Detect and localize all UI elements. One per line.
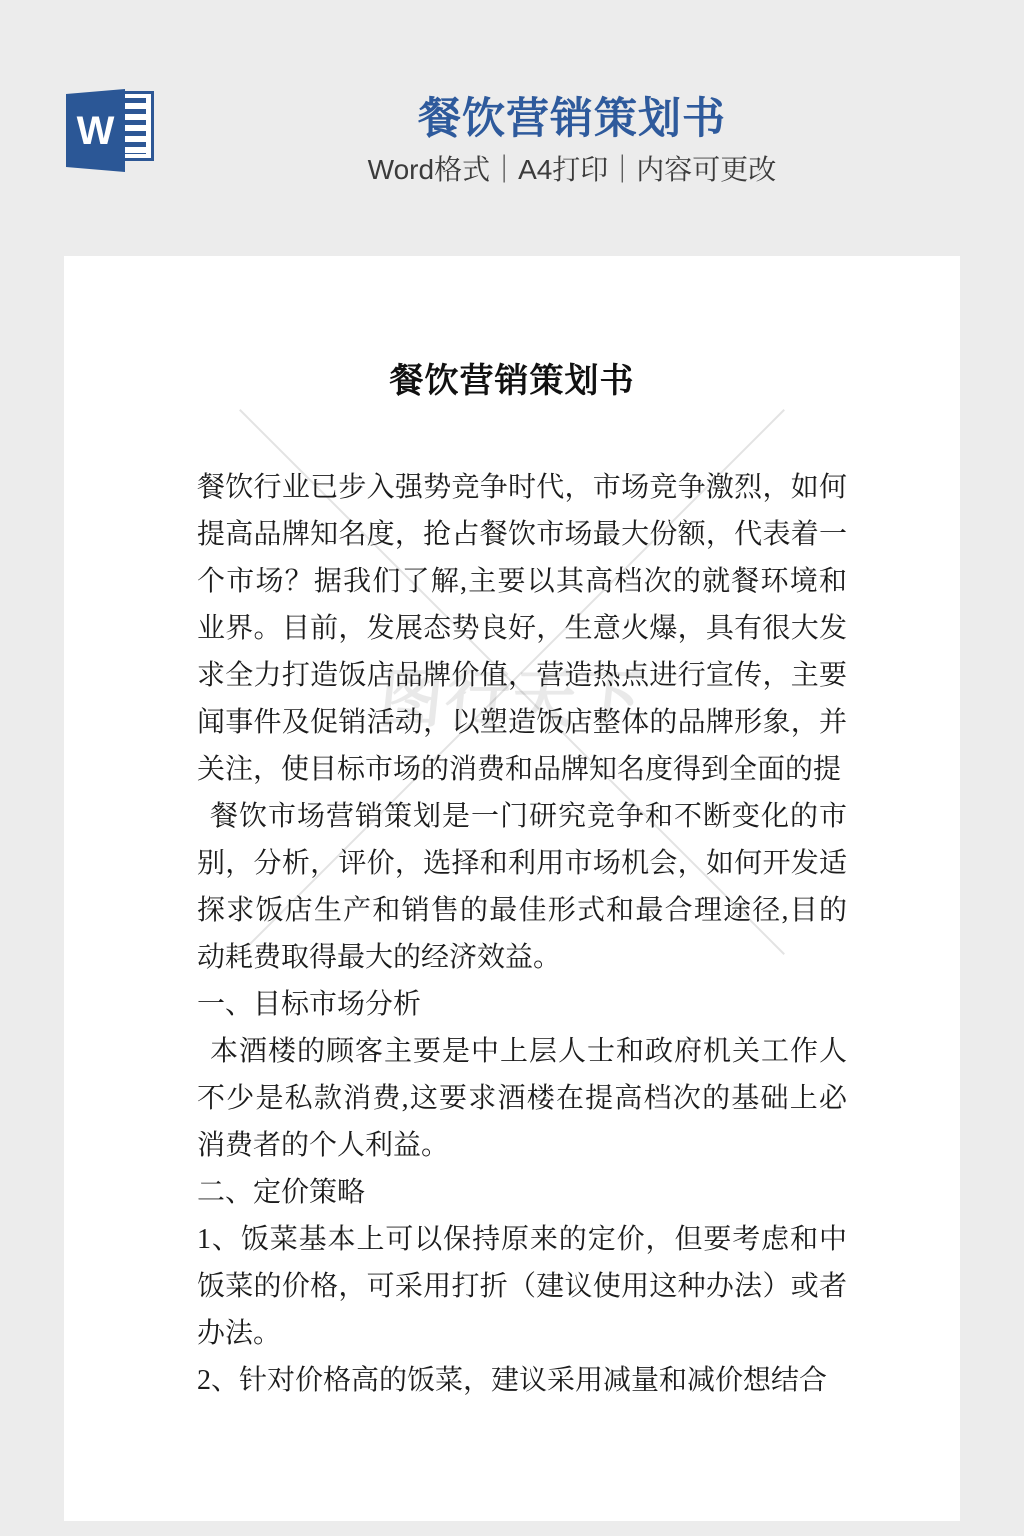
document-line: 一、目标市场分析 <box>197 981 847 1028</box>
document-line: 探求饭店生产和销售的最佳形式和最合理途径,目的就是以最少的劳 <box>197 887 847 934</box>
document-line: 别，分析，评价，选择和利用市场机会，如何开发适销对路的产品， <box>197 840 847 887</box>
document-line: 餐饮行业已步入强势竞争时代，市场竞争激烈，如何打开市场终端， <box>197 464 847 511</box>
document-line: 办法。 <box>197 1310 847 1357</box>
document-line: 二、定价策略 <box>197 1169 847 1216</box>
header-subtitle: Word格式｜A4打印｜内容可更改 <box>172 152 972 188</box>
document-line: 动耗费取得最大的经济效益。 <box>197 934 847 981</box>
document-line: 业界。目前，发展态势良好，生意火爆，具有很大发展潜力。我们力 <box>197 605 847 652</box>
word-icon-panel: W <box>66 89 125 172</box>
word-icon: W <box>66 85 158 175</box>
document-line: 餐饮市场营销策划是一门研究竞争和不断变化的市场环境中如何识 <box>197 793 847 840</box>
header-title: 餐饮营销策划书 <box>172 95 972 143</box>
document-line: 1、饭菜基本上可以保持原来的定价，但要考虑和中秋节相关的一些 <box>197 1216 847 1263</box>
document-line: 提高品牌知名度，抢占餐饮市场最大份额，代表着一个产业，引领一 <box>197 511 847 558</box>
document-line: 饭菜的价格，可采用打折（建议使用这种办法）或者直接降低价格的 <box>197 1263 847 1310</box>
canvas: W 餐饮营销策划书 Word格式｜A4打印｜内容可更改 图行天下 餐饮营销策划书… <box>0 0 1024 1536</box>
document-body: 餐饮行业已步入强势竞争时代，市场竞争激烈，如何打开市场终端，提高品牌知名度，抢占… <box>197 464 847 1404</box>
document-page: 图行天下 餐饮营销策划书 餐饮行业已步入强势竞争时代，市场竞争激烈，如何打开市场… <box>64 256 960 1521</box>
document-line: 个市场？据我们了解,主要以其高档次的就餐环境和贴心的服务响誉 <box>197 558 847 605</box>
document-title: 餐饮营销策划书 <box>64 362 960 402</box>
document-line: 消费者的个人利益。 <box>197 1122 847 1169</box>
word-icon-letter: W <box>77 111 115 151</box>
document-line: 不少是私款消费,这要求酒楼在提高档次的基础上必须兼顾那些私款 <box>197 1075 847 1122</box>
document-line: 关注，使目标市场的消费和品牌知名度得到全面的提升。 <box>197 746 847 793</box>
document-line: 闻事件及促销活动，以塑造饭店整体的品牌形象，并引起媒体的广泛 <box>197 699 847 746</box>
document-line: 2、针对价格高的饭菜，建议采用减量和减价想结合的办法。 <box>197 1357 847 1404</box>
document-line: 求全力打造饭店品牌价值，营造热点进行宣传，主要策划有意义的新 <box>197 652 847 699</box>
document-line: 本酒楼的顾客主要是中上层人士和政府机关工作人员，但其中也有 <box>197 1028 847 1075</box>
